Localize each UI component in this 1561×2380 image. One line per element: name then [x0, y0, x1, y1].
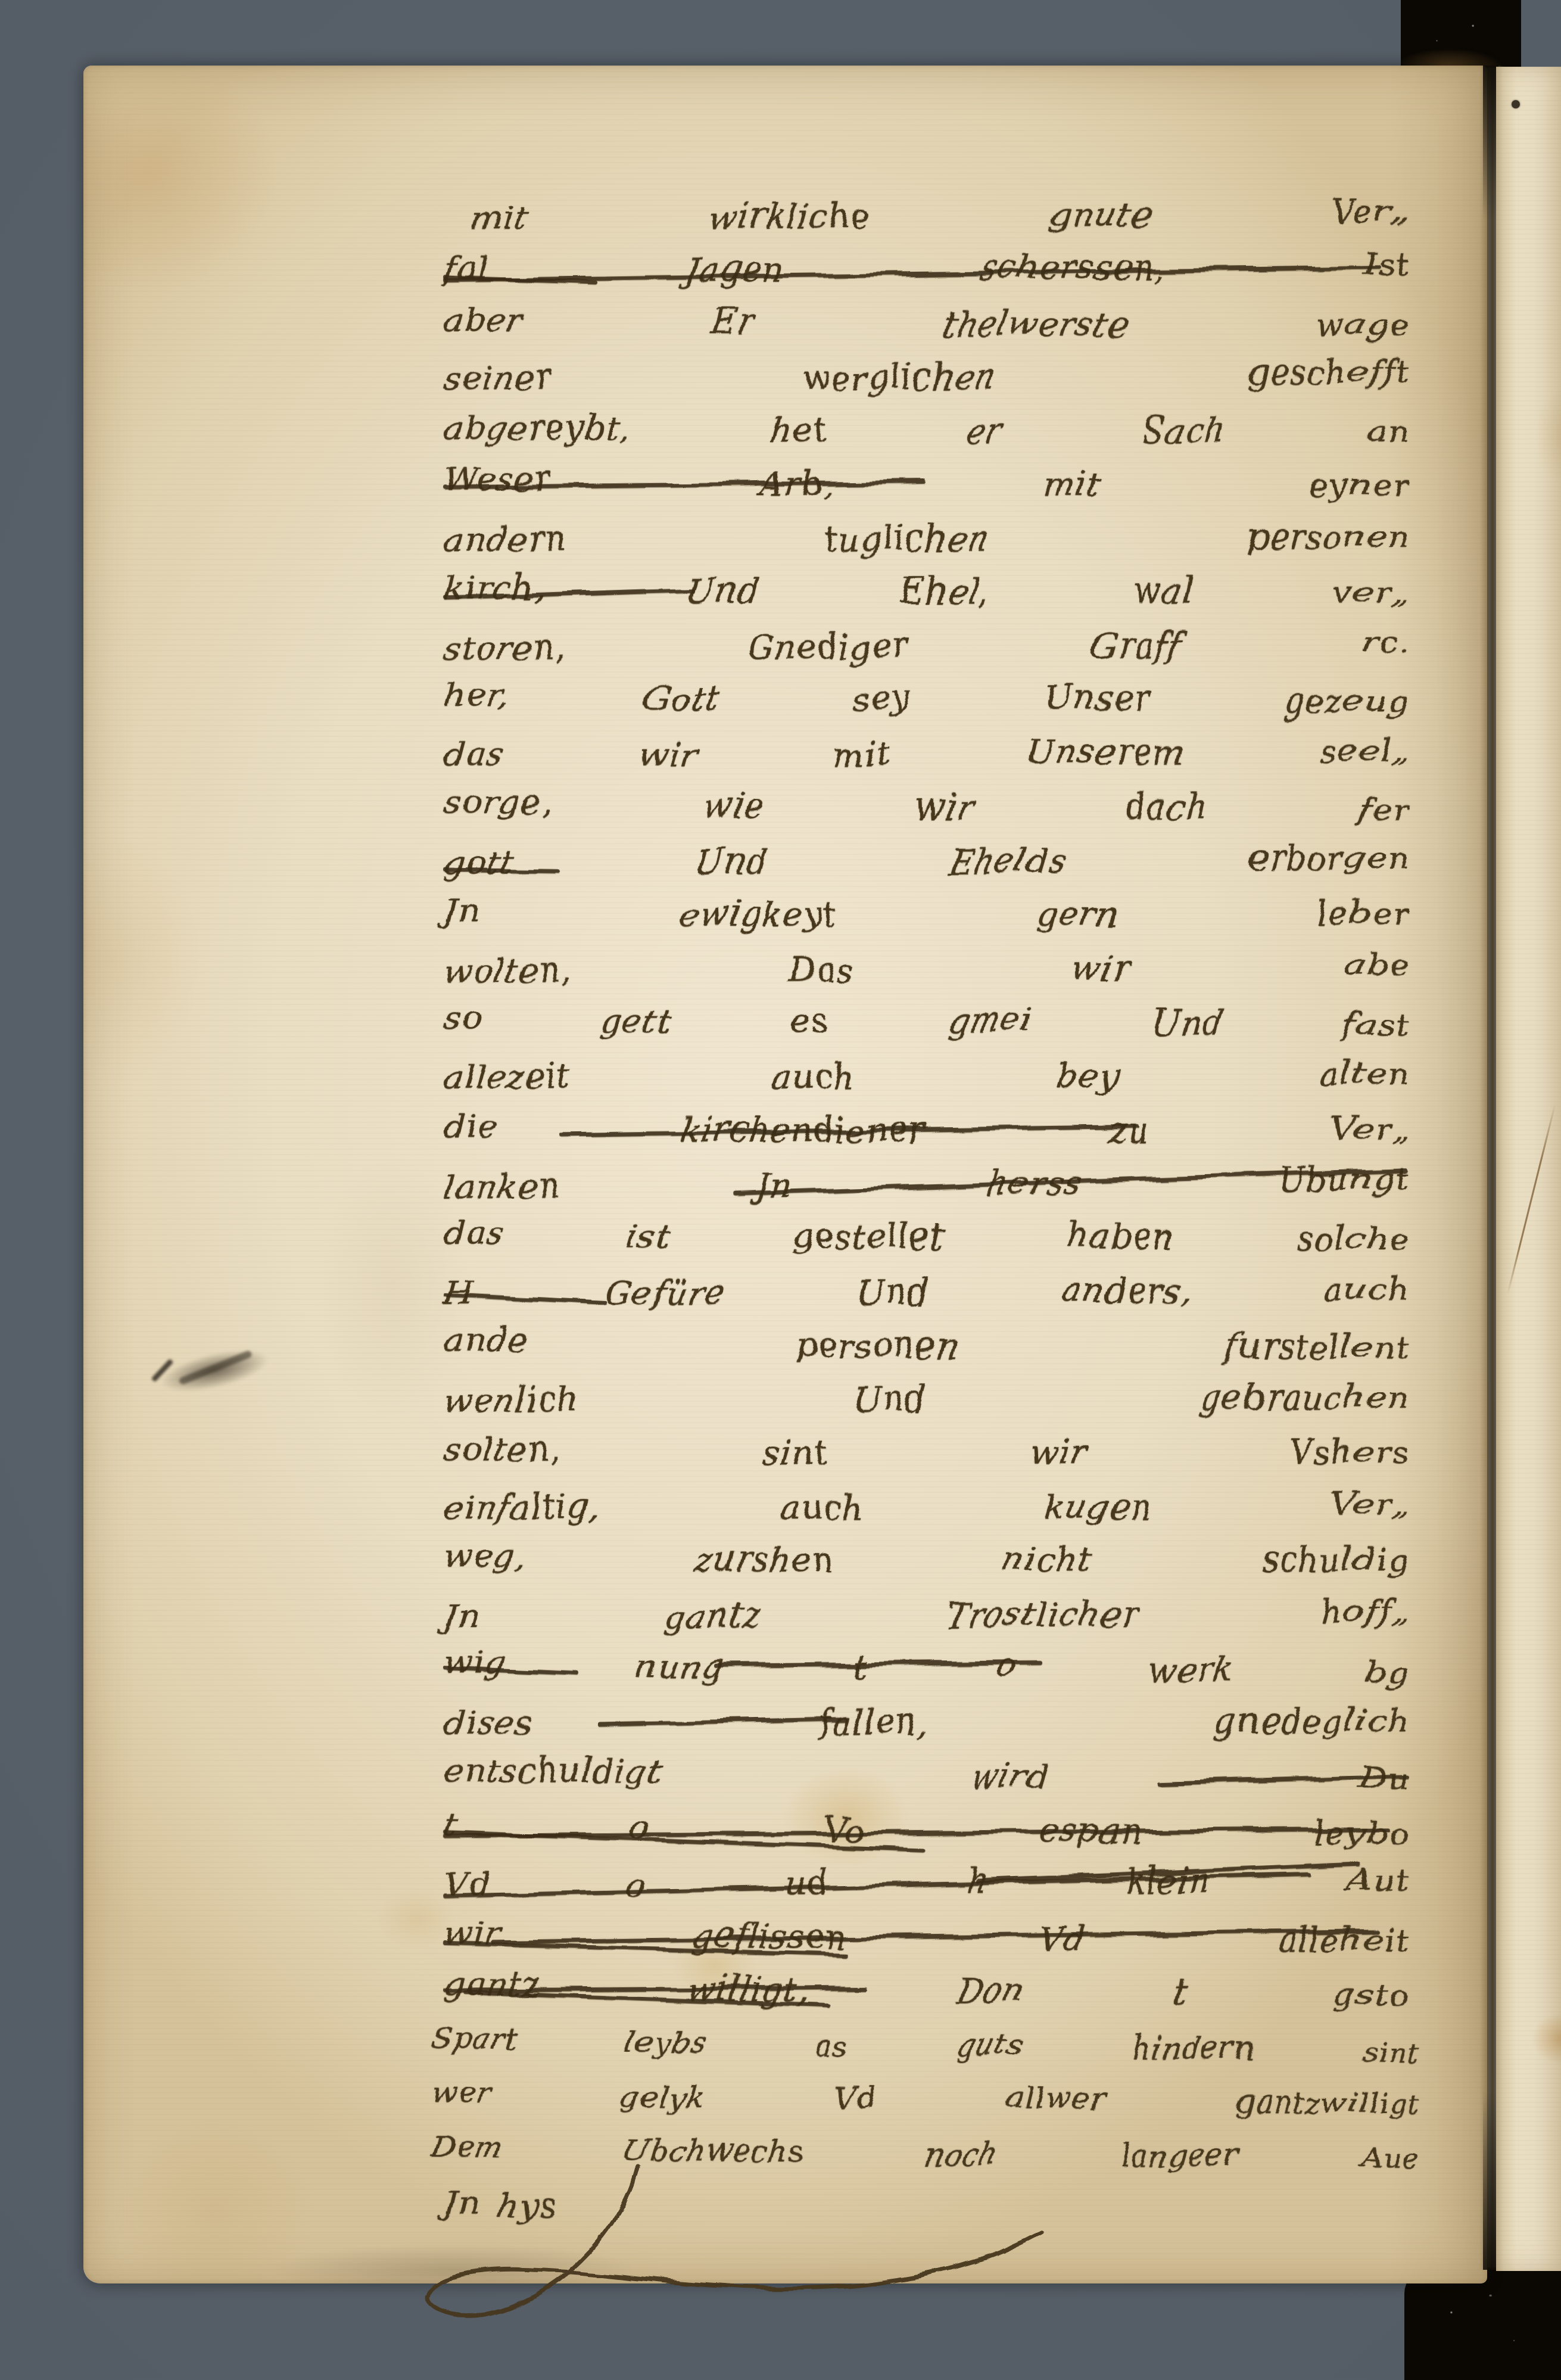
manuscript-line-31: toVoespanleybo	[444, 1797, 1409, 1862]
word: gantz	[662, 1589, 763, 1644]
manuscript-line-25: einfaltig,auchkugenVer„	[444, 1477, 1409, 1536]
word: Weser	[443, 452, 552, 507]
manuscript-line-22: andepersonenfurstellent	[444, 1314, 1409, 1376]
pen-flourish	[357, 2161, 1132, 2364]
word: rc.	[1360, 615, 1410, 670]
word: Gefüre	[603, 1266, 727, 1321]
word: es	[788, 994, 830, 1049]
manuscript-line-17: allezeitauchbeyalten	[444, 1047, 1409, 1105]
word: gern	[1035, 888, 1120, 942]
word: so	[443, 991, 483, 1046]
manuscript-line-5: abgereybt,heterSachan	[444, 401, 1409, 459]
word: gett	[599, 994, 674, 1050]
word: mit	[469, 191, 529, 246]
word: Gott	[641, 672, 722, 727]
word: wird	[968, 1750, 1052, 1806]
word: ud	[783, 1856, 831, 1912]
word: thelwerste	[939, 297, 1130, 353]
word: haben	[1066, 1209, 1175, 1264]
word: aber	[442, 293, 525, 349]
word: er	[963, 405, 1006, 459]
word: weg,	[443, 1529, 527, 1584]
word: Gnediger	[745, 620, 911, 676]
word: gsto	[1332, 1968, 1410, 2023]
word: abe	[1344, 938, 1410, 993]
manuscript-line-16: sogettesgmeiUndfast	[444, 993, 1409, 1052]
word: klein	[1123, 1854, 1213, 1909]
word: Sach	[1140, 403, 1229, 458]
strike-mark	[598, 1717, 849, 1726]
word: kugen	[1042, 1480, 1154, 1536]
word: ande	[443, 1312, 529, 1368]
word: her,	[443, 668, 511, 723]
word: Jn	[754, 1159, 794, 1214]
word: Ehel,	[899, 564, 993, 620]
word: Er	[709, 295, 756, 350]
word: alleheit	[1275, 1913, 1410, 1969]
word: alten	[1319, 1047, 1410, 1102]
word: personen	[794, 1318, 961, 1374]
manuscript-line-32: VdoudhkleinAut	[444, 1852, 1409, 1914]
word: gantzwilligt	[1233, 2074, 1423, 2131]
word: Ver„	[1331, 1477, 1410, 1532]
word: Aue	[1358, 2130, 1422, 2186]
word: Und	[1149, 996, 1226, 1051]
word: Vd	[1036, 1913, 1089, 1968]
word: geschefft	[1245, 345, 1410, 401]
word: Trostlicher	[942, 1588, 1140, 1644]
manuscript-line-24: solten,sintwirVshers	[444, 1424, 1409, 1482]
word: werk	[1146, 1642, 1237, 1698]
word: gelyk	[618, 2070, 708, 2125]
manuscript-line-30: entschuldigtwirdDu	[444, 1745, 1409, 1806]
manuscript-line-1: mitwirklichegnuteVer„	[471, 185, 1409, 246]
word: t	[852, 1640, 870, 1695]
strike-mark	[714, 1661, 1042, 1668]
word: allezeit	[442, 1050, 573, 1105]
word: hindern	[1130, 2020, 1257, 2077]
word: Vd	[833, 2070, 880, 2126]
word: wig	[443, 1635, 507, 1690]
word: guts	[955, 2018, 1027, 2073]
word: wer	[431, 2064, 492, 2120]
word: allwer	[1006, 2070, 1106, 2126]
word: Und	[852, 1373, 929, 1428]
word: wenlich	[442, 1373, 581, 1429]
word: nicht	[1001, 1533, 1094, 1589]
word: Don	[954, 1964, 1028, 2020]
word: wir	[913, 780, 974, 835]
word: abgereybt,	[442, 401, 634, 456]
text-block: mitwirklichegnuteVer„falJagenscherssen,I…	[0, 0, 1561, 2380]
word: Spart	[429, 2010, 521, 2066]
word: Aut	[1345, 1853, 1410, 1909]
word: Ehelds	[946, 835, 1070, 890]
word: andern	[442, 512, 569, 568]
word: fallen,	[817, 1695, 931, 1751]
word: langeer	[1118, 2127, 1242, 2183]
strike-mark	[492, 1929, 1379, 1944]
word: leber	[1317, 886, 1410, 942]
word: solche	[1295, 1212, 1411, 1267]
word: gestellet	[791, 1209, 946, 1265]
word: gezeug	[1282, 674, 1410, 729]
word: ist	[624, 1209, 672, 1264]
word: o	[996, 1639, 1020, 1694]
manuscript-line-11: daswirmitUnseremseel„	[444, 724, 1409, 782]
word: personen	[1244, 510, 1412, 565]
word: Ver„	[1331, 1102, 1410, 1157]
manuscript-line-21: HGefüreUndanders,auch	[444, 1262, 1409, 1321]
word: eyner	[1308, 458, 1410, 514]
word: dach	[1123, 779, 1209, 835]
manuscript-line-28: wignungtowerkbg	[444, 1637, 1409, 1700]
manuscript-line-23: wenlichUndgebrauchen	[444, 1369, 1409, 1429]
manuscript-line-19: lankenJnherssUbungt	[444, 1152, 1409, 1215]
word: fer	[1357, 783, 1411, 838]
word: zurshen	[693, 1533, 837, 1588]
word: solten,	[443, 1422, 562, 1477]
word: o	[628, 1800, 654, 1855]
word: t	[441, 1797, 460, 1852]
word: mit	[1041, 458, 1103, 513]
word: Ver„	[1331, 184, 1410, 239]
word: sint	[761, 1426, 831, 1481]
manuscript-line-7: anderntuglichenpersonen	[444, 508, 1409, 568]
word: wirkliche	[706, 189, 873, 245]
word: o	[625, 1859, 650, 1914]
word: gnedeglich	[1213, 1694, 1411, 1750]
word: het	[768, 403, 830, 458]
photo: mitwirklichegnuteVer„falJagenscherssen,I…	[0, 0, 1561, 2380]
word: Vshers	[1288, 1425, 1409, 1480]
word: werglichen	[800, 350, 998, 406]
word: auch	[769, 1050, 858, 1105]
word: wir	[441, 1906, 503, 1961]
word: mit	[830, 727, 893, 782]
word: fast	[1341, 998, 1411, 1054]
word: Jn	[443, 883, 481, 938]
word: Und	[693, 835, 770, 891]
manuscript-line-15: wolten,Daswirabe	[444, 938, 1409, 999]
word: furstellent	[1224, 1320, 1411, 1376]
word: sint	[1359, 2025, 1423, 2080]
manuscript-line-27: JngantzTrostlicherhoff„	[444, 1585, 1409, 1644]
word: wal	[1131, 563, 1194, 618]
word: hoff„	[1320, 1585, 1410, 1640]
word: Graff	[1088, 618, 1183, 674]
word: auch	[778, 1480, 867, 1536]
manuscript-line-20: dasistgestellethabensolche	[444, 1208, 1409, 1267]
word: fal	[443, 241, 490, 296]
word: wir	[638, 727, 699, 782]
manuscript-line-12: sorge,wiewirdachfer	[444, 776, 1409, 838]
word: entschuldigt	[443, 1743, 663, 1800]
manuscript-line-18: diekirchendienerzuVer„	[444, 1101, 1409, 1159]
word: zu	[1107, 1103, 1151, 1158]
word: sorge,	[443, 774, 553, 830]
word: nung	[633, 1639, 727, 1695]
word: erborgen	[1247, 831, 1410, 886]
word: Unser	[1043, 671, 1151, 726]
manuscript-line-26: weg,zurshennichtschuldig	[444, 1530, 1409, 1590]
word: das	[443, 1206, 505, 1261]
manuscript-line-14: Jnewigkeytgernleber	[444, 885, 1409, 944]
word: die	[443, 1099, 498, 1154]
word: gmei	[946, 993, 1034, 1049]
manuscript-line-2: falJagenscherssen,Ist	[444, 239, 1409, 298]
word: gnute	[1048, 188, 1154, 243]
manuscript-line-6: WeserArb,miteyner	[444, 453, 1409, 515]
word: as	[811, 2017, 852, 2073]
word: sey	[852, 671, 913, 726]
word: wie	[701, 779, 767, 835]
word: einfaltig,	[442, 1480, 602, 1536]
word: gebrauchen	[1198, 1371, 1411, 1427]
word: Vd	[443, 1857, 491, 1912]
word: gott	[442, 836, 516, 891]
word: Und	[684, 565, 761, 620]
word: tuglichen	[822, 511, 991, 567]
word: wir	[1029, 1426, 1089, 1481]
word: Jagen	[683, 243, 787, 298]
manuscript-line-3: aberErthelwerstewage	[444, 293, 1409, 353]
word: an	[1364, 405, 1410, 459]
word: das	[442, 727, 506, 782]
word: Du	[1357, 1751, 1410, 1807]
word: Und	[854, 1266, 932, 1321]
manuscript-line-10: her,GottseyUnsergezeug	[444, 670, 1409, 729]
manuscript-line-29: disesfallen,gnedeglich	[444, 1693, 1409, 1751]
word: seiner	[443, 350, 553, 406]
manuscript-line-8: kirch,UndEhel,walver„	[444, 562, 1409, 621]
word: anders,	[1060, 1263, 1194, 1318]
word: t	[1172, 1964, 1189, 2019]
word: Das	[787, 943, 857, 998]
word: bey	[1054, 1050, 1121, 1105]
word: auch	[1323, 1262, 1410, 1318]
word: seel„	[1319, 724, 1410, 779]
word: ewigkeyt	[677, 888, 839, 943]
word: ver„	[1332, 565, 1410, 620]
word: dises	[442, 1695, 534, 1751]
manuscript-line-13: gottUndEheldserborgen	[444, 831, 1409, 891]
manuscript-line-4: seinerwerglichengeschefft	[444, 345, 1409, 408]
manuscript-line-9: storen,GnedigerGraffrc.	[444, 615, 1409, 676]
word: wir	[1069, 942, 1132, 997]
word: Ubungt	[1276, 1152, 1410, 1208]
word: leybs	[623, 2014, 710, 2070]
word: kirch,	[443, 561, 546, 616]
word: Unserem	[1025, 724, 1186, 780]
word: gantz	[443, 1957, 541, 2013]
word: schuldig	[1260, 1533, 1409, 1588]
